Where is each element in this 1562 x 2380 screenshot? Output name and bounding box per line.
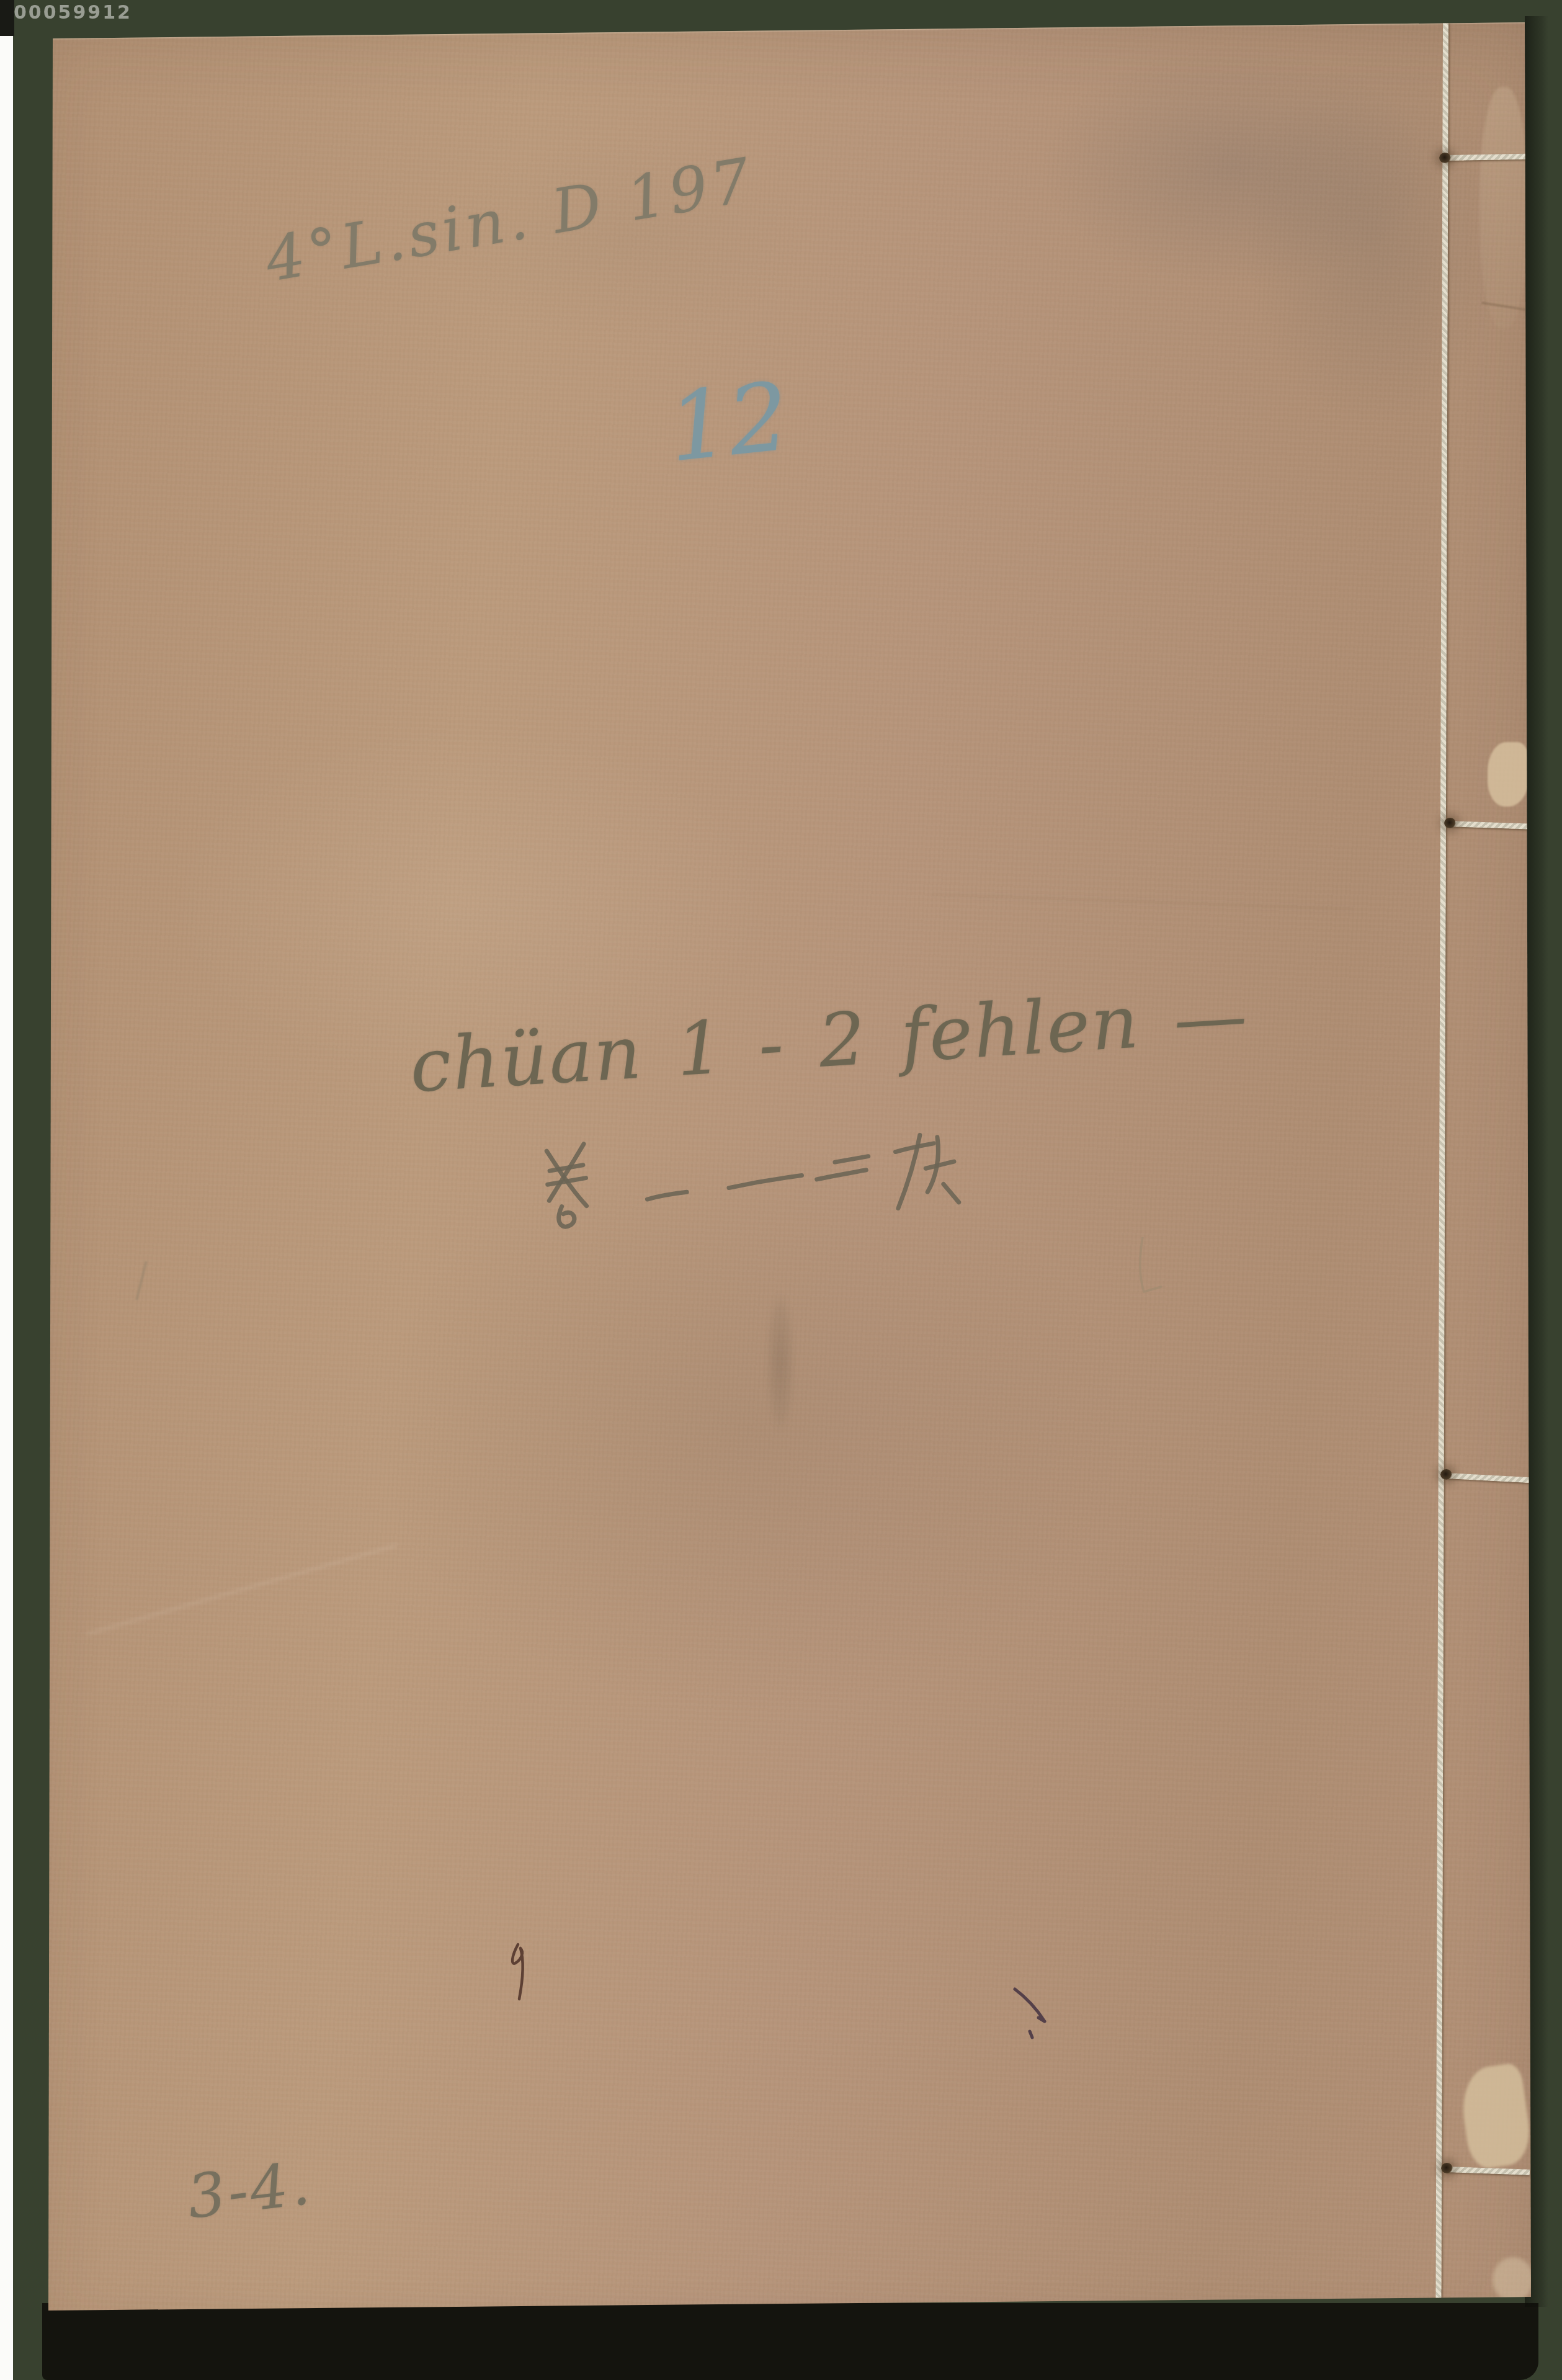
scanner-edge-strip [0, 0, 13, 2380]
stitch-hole-4 [1441, 2163, 1453, 2173]
binding-stitch-2 [1447, 821, 1530, 830]
fascicle-range-annotation: 3-4. [184, 2148, 316, 2232]
worn-patch-bottom-right [1457, 2062, 1534, 2171]
binding-thread-vertical [1435, 23, 1448, 2298]
faint-crease-mark [1136, 1237, 1164, 1297]
worn-patch-top-right [1479, 87, 1528, 329]
worn-corner-bottom-right [1493, 2257, 1533, 2302]
missing-volumes-note-latin: chüan 1 - 2 fehlen — [408, 972, 1251, 1109]
watermark-text: 00059912 [14, 2, 132, 24]
missing-volumes-note-chinese [523, 1128, 1009, 1249]
faint-pencil-slash [135, 1261, 147, 1300]
crease-line-lower-left [87, 1544, 398, 1635]
binding-stitch-4 [1447, 2167, 1530, 2175]
scanner-edge-corner [0, 0, 14, 36]
crease-line-mid-right [931, 893, 1352, 910]
worn-patch-mid-right [1488, 742, 1530, 807]
shelfmark-annotation: 4°L.sin. D 197 [261, 145, 759, 296]
binding-stitch-3 [1447, 1473, 1530, 1483]
cover-top-edge-highlight [53, 19, 1525, 39]
scanned-book-photo: 00059912 4°L.sin. D 197 12 chüan 1 - 2 f… [0, 0, 1562, 2380]
volume-number-annotation: 12 [663, 361, 794, 483]
stitch-hole-3 [1440, 1469, 1452, 1480]
small-ink-squiggle [506, 1942, 533, 2005]
stitch-hole-1 [1439, 153, 1451, 163]
faint-stain-center [756, 1266, 805, 1458]
book-shadow-bottom [42, 2303, 1538, 2380]
book-cover: 4°L.sin. D 197 12 chüan 1 - 2 fehlen — 3… [0, 0, 1562, 2380]
small-ink-stroke [1011, 1983, 1056, 2042]
stitch-hole-2 [1444, 818, 1456, 828]
